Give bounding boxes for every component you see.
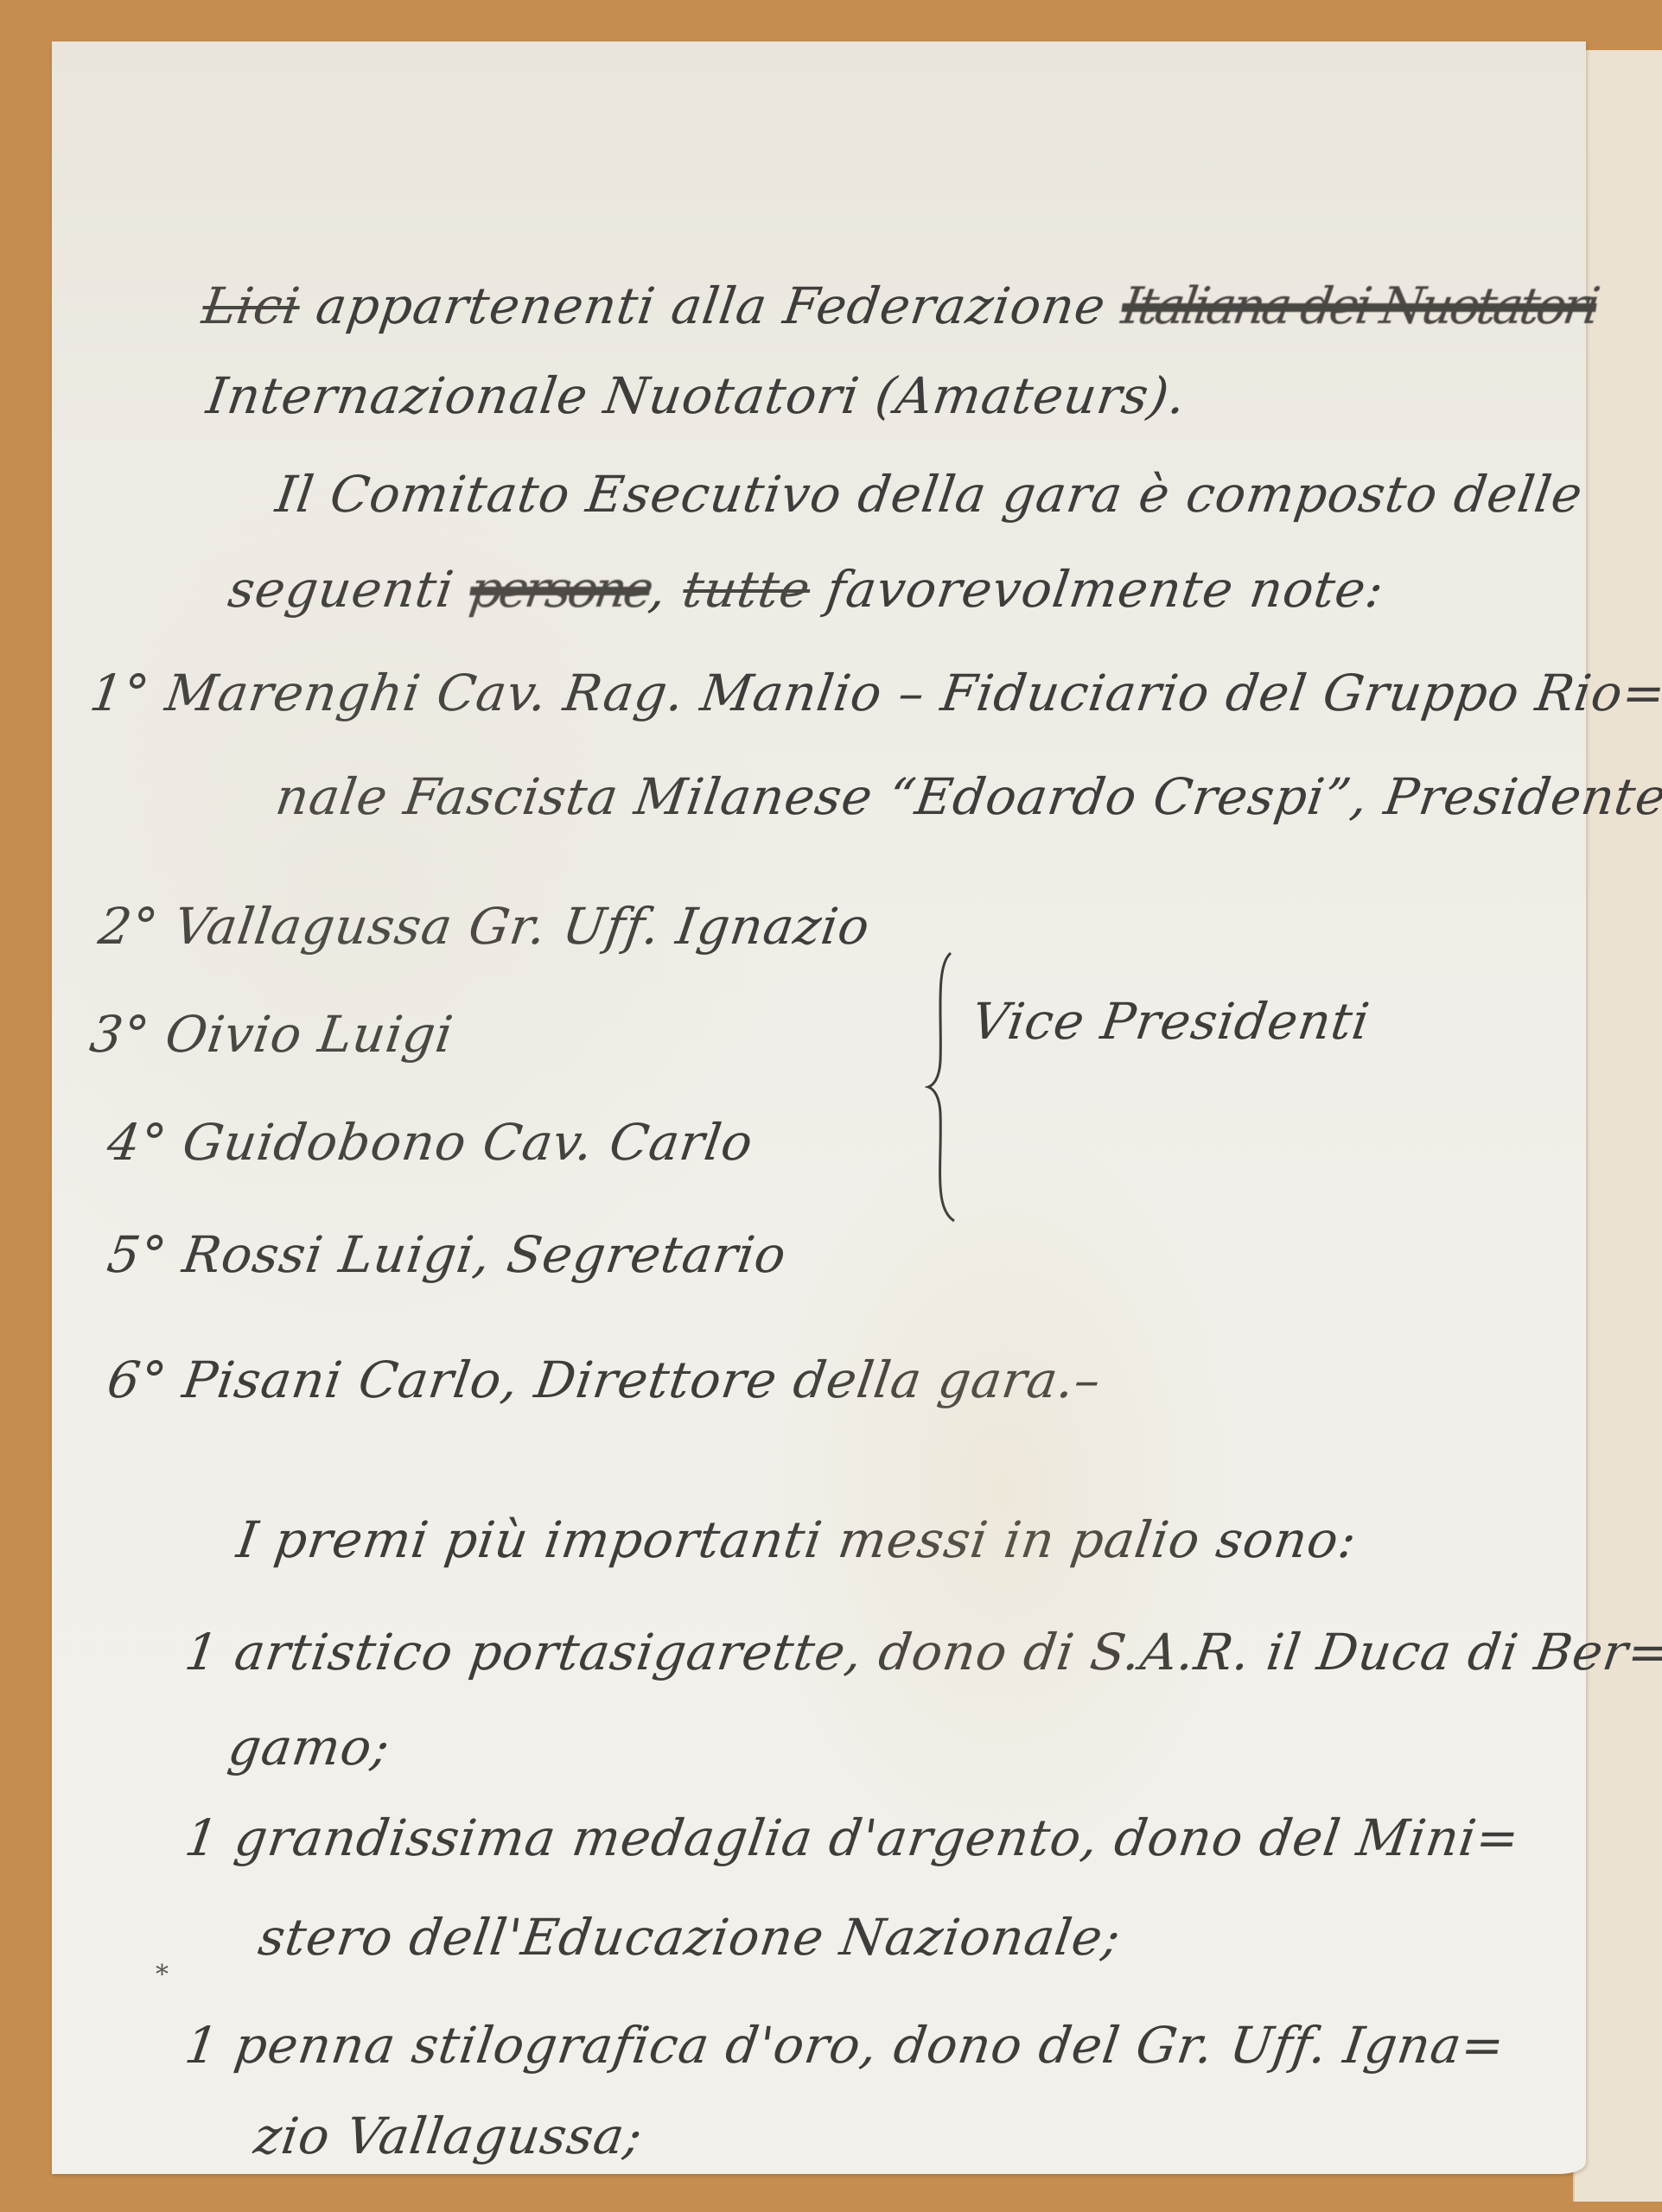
item-number: 4° xyxy=(104,1113,170,1172)
committee-item-1: 1° Marenghi Cav. Rag. Manlio – Fiduciari… xyxy=(86,664,1662,722)
prize-text: penna stilografica d'oro, dono del Gr. U… xyxy=(231,2016,1508,2075)
prize-item-1: 1 artistico portasigarette, dono di S.A.… xyxy=(181,1623,1662,1681)
item-number: 1° xyxy=(86,664,153,722)
prize-item-3: 1 penna stilografica d'oro, dono del Gr.… xyxy=(181,2016,1509,2075)
item-text: Vallagussa Gr. Uff. Ignazio xyxy=(170,897,874,956)
prizes-intro: I premi più importanti messi in palio so… xyxy=(233,1510,1360,1569)
prize-text: stero dell'Educazione Nazionale; xyxy=(255,1908,1124,1967)
prize-qty: 1 xyxy=(181,1808,222,1867)
asterisk-mark-icon: * xyxy=(156,1960,169,1990)
item-text: Marenghi Cav. Rag. Manlio – Fiduciario d… xyxy=(162,664,1662,722)
line-text: seguenti xyxy=(225,560,458,619)
vice-presidents-label: Vice Presidenti xyxy=(968,992,1373,1051)
curly-brace-icon xyxy=(925,949,959,1225)
committee-item-5: 5° Rossi Luigi, Segretario xyxy=(104,1225,790,1284)
text-line-1: Lici appartenenti alla Federazione Itali… xyxy=(199,276,1601,335)
item-text: Guidobono Cav. Carlo xyxy=(179,1113,756,1172)
item-number: 6° xyxy=(104,1351,170,1409)
prize-text: zio Vallagussa; xyxy=(251,2107,646,2165)
item-text: Oivio Luigi xyxy=(162,1005,456,1064)
prize-item-2: 1 grandissima medaglia d'argento, dono d… xyxy=(181,1808,1524,1867)
item-number: 5° xyxy=(104,1225,170,1284)
prize-qty: 1 xyxy=(181,2016,222,2075)
intro-text: I premi più importanti messi in palio so… xyxy=(233,1510,1360,1569)
item-number: 3° xyxy=(86,1005,153,1064)
text-line-4: seguenti persone, tutte favorevolmente n… xyxy=(225,560,1388,619)
prize-text: grandissima medaglia d'argento, dono del… xyxy=(231,1808,1523,1867)
line-text: favorevolmente note: xyxy=(823,560,1388,619)
line-text: Internazionale Nuotatori (Amateurs). xyxy=(203,366,1190,425)
committee-item-3: 3° Oivio Luigi xyxy=(86,1005,457,1064)
committee-item-1-cont: nale Fascista Milanese “Edoardo Crespi”,… xyxy=(272,767,1662,826)
label-text: Vice Presidenti xyxy=(968,992,1373,1051)
line-text: Il Comitato Esecutivo della gara è compo… xyxy=(272,465,1587,524)
committee-item-2: 2° Vallagussa Gr. Uff. Ignazio xyxy=(95,897,874,956)
item-text: Pisani Carlo, Direttore della gara.– xyxy=(179,1351,1105,1409)
prize-item-1-cont: gamo; xyxy=(225,1718,394,1777)
committee-item-6: 6° Pisani Carlo, Direttore della gara.– xyxy=(104,1351,1105,1409)
struck-word: Lici xyxy=(199,276,304,335)
prize-item-2-cont: stero dell'Educazione Nazionale; xyxy=(255,1908,1124,1967)
manuscript-sheet: Lici appartenenti alla Federazione Itali… xyxy=(52,41,1586,2174)
prize-text: artistico portasigarette, dono di S.A.R.… xyxy=(231,1623,1662,1681)
committee-item-4: 4° Guidobono Cav. Carlo xyxy=(104,1113,757,1172)
prize-item-3-cont: zio Vallagussa; xyxy=(251,2107,646,2165)
struck-word: tutte xyxy=(679,560,814,619)
prize-text: gamo; xyxy=(225,1718,394,1777)
underlying-page xyxy=(1573,50,1662,2202)
scribbled-out-text: persone xyxy=(467,560,654,619)
item-number: 2° xyxy=(95,897,162,956)
scribbled-out-text: Italiana dei Nuotatori xyxy=(1118,276,1601,335)
text-line-3: Il Comitato Esecutivo della gara è compo… xyxy=(272,465,1587,524)
text-line-2: Internazionale Nuotatori (Amateurs). xyxy=(203,366,1190,425)
line-text: appartenenti alla Federazione xyxy=(313,276,1110,335)
prize-qty: 1 xyxy=(181,1623,222,1681)
item-text: nale Fascista Milanese “Edoardo Crespi”,… xyxy=(272,767,1662,826)
item-text: Rossi Luigi, Segretario xyxy=(179,1225,790,1284)
